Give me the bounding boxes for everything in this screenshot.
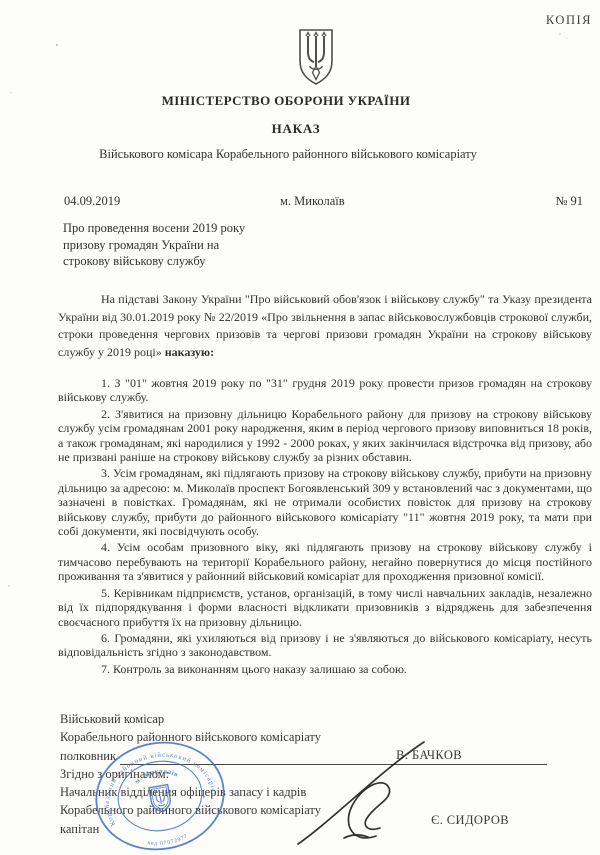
order-item-3: 3. Усім громадянам, які підлягають призо… (58, 466, 592, 538)
order-item-1: 1. З "01" жовтня 2019 року по "31" грудн… (58, 376, 592, 405)
subject-line: Про проведення восени 2019 року (63, 220, 245, 237)
stamp-code-text: код 07972977 (146, 833, 190, 850)
document-place: м. Миколаїв (280, 194, 345, 209)
order-item-2: 2. З'явитися на призовну дільницю Корабе… (58, 407, 592, 465)
scan-speck (559, 33, 561, 35)
subject-block: Про проведення восени 2019 року призову … (63, 220, 245, 270)
svg-text:м. Миколаїв: м. Миколаїв (132, 764, 180, 786)
chief-rank: капітан (60, 820, 99, 838)
ministry-title: МІНІСТЕРСТВО ОБОРОНИ УКРАЇНИ (0, 93, 586, 109)
scan-speck (56, 44, 58, 46)
subject-line: строкову військову службу (63, 253, 245, 270)
svg-text:Корабельний районний військови: Корабельний районний військовий комісарі… (96, 743, 220, 828)
commissar-role-line: Військовий комісар (60, 710, 547, 728)
round-seal-trident-icon: Корабельний районний військовий комісарі… (83, 729, 236, 855)
stamp-ring-text: Корабельний районний військовий комісарі… (96, 743, 220, 828)
issuer-line: Військового комісара Корабельного районн… (0, 147, 588, 162)
stamp-city-text: м. Миколаїв (132, 764, 180, 786)
order-word: наказую: (165, 345, 214, 359)
order-item-6: 6. Громадяни, які ухиляються від призову… (58, 631, 592, 660)
document-number: № 91 (555, 194, 583, 209)
svg-text:код 07972977: код 07972977 (146, 833, 190, 850)
order-item-7: 7. Контроль за виконанням цього наказу з… (58, 662, 592, 676)
preamble-paragraph: На підставі Закону України "Про військов… (58, 291, 592, 361)
chief-name: Є. СИДОРОВ (431, 811, 547, 829)
order-item-5: 5. Керівникам підприємств, установ, орга… (58, 586, 592, 629)
preamble-text: На підставі Закону України "Про військов… (58, 292, 592, 359)
scanned-order-document: КОПІЯ МІНІСТЕРСТВО ОБОРОНИ УКРАЇНИ НАКАЗ… (0, 0, 600, 855)
handwritten-signature (292, 738, 432, 853)
ukraine-trident-shield-icon (296, 28, 336, 86)
date-place-number-row: 04.09.2019 м. Миколаїв № 91 (0, 194, 600, 212)
subject-line: призову громадян України на (63, 237, 245, 254)
document-date: 04.09.2019 (64, 194, 120, 209)
document-type-title: НАКАЗ (0, 121, 596, 137)
scan-speck (8, 585, 10, 587)
scan-speck (566, 38, 568, 39)
order-items: 1. З "01" жовтня 2019 року по "31" грудн… (58, 374, 592, 676)
order-item-4: 4. Усім особам призовного віку, які підл… (58, 540, 592, 583)
copy-label: КОПІЯ (546, 13, 592, 28)
